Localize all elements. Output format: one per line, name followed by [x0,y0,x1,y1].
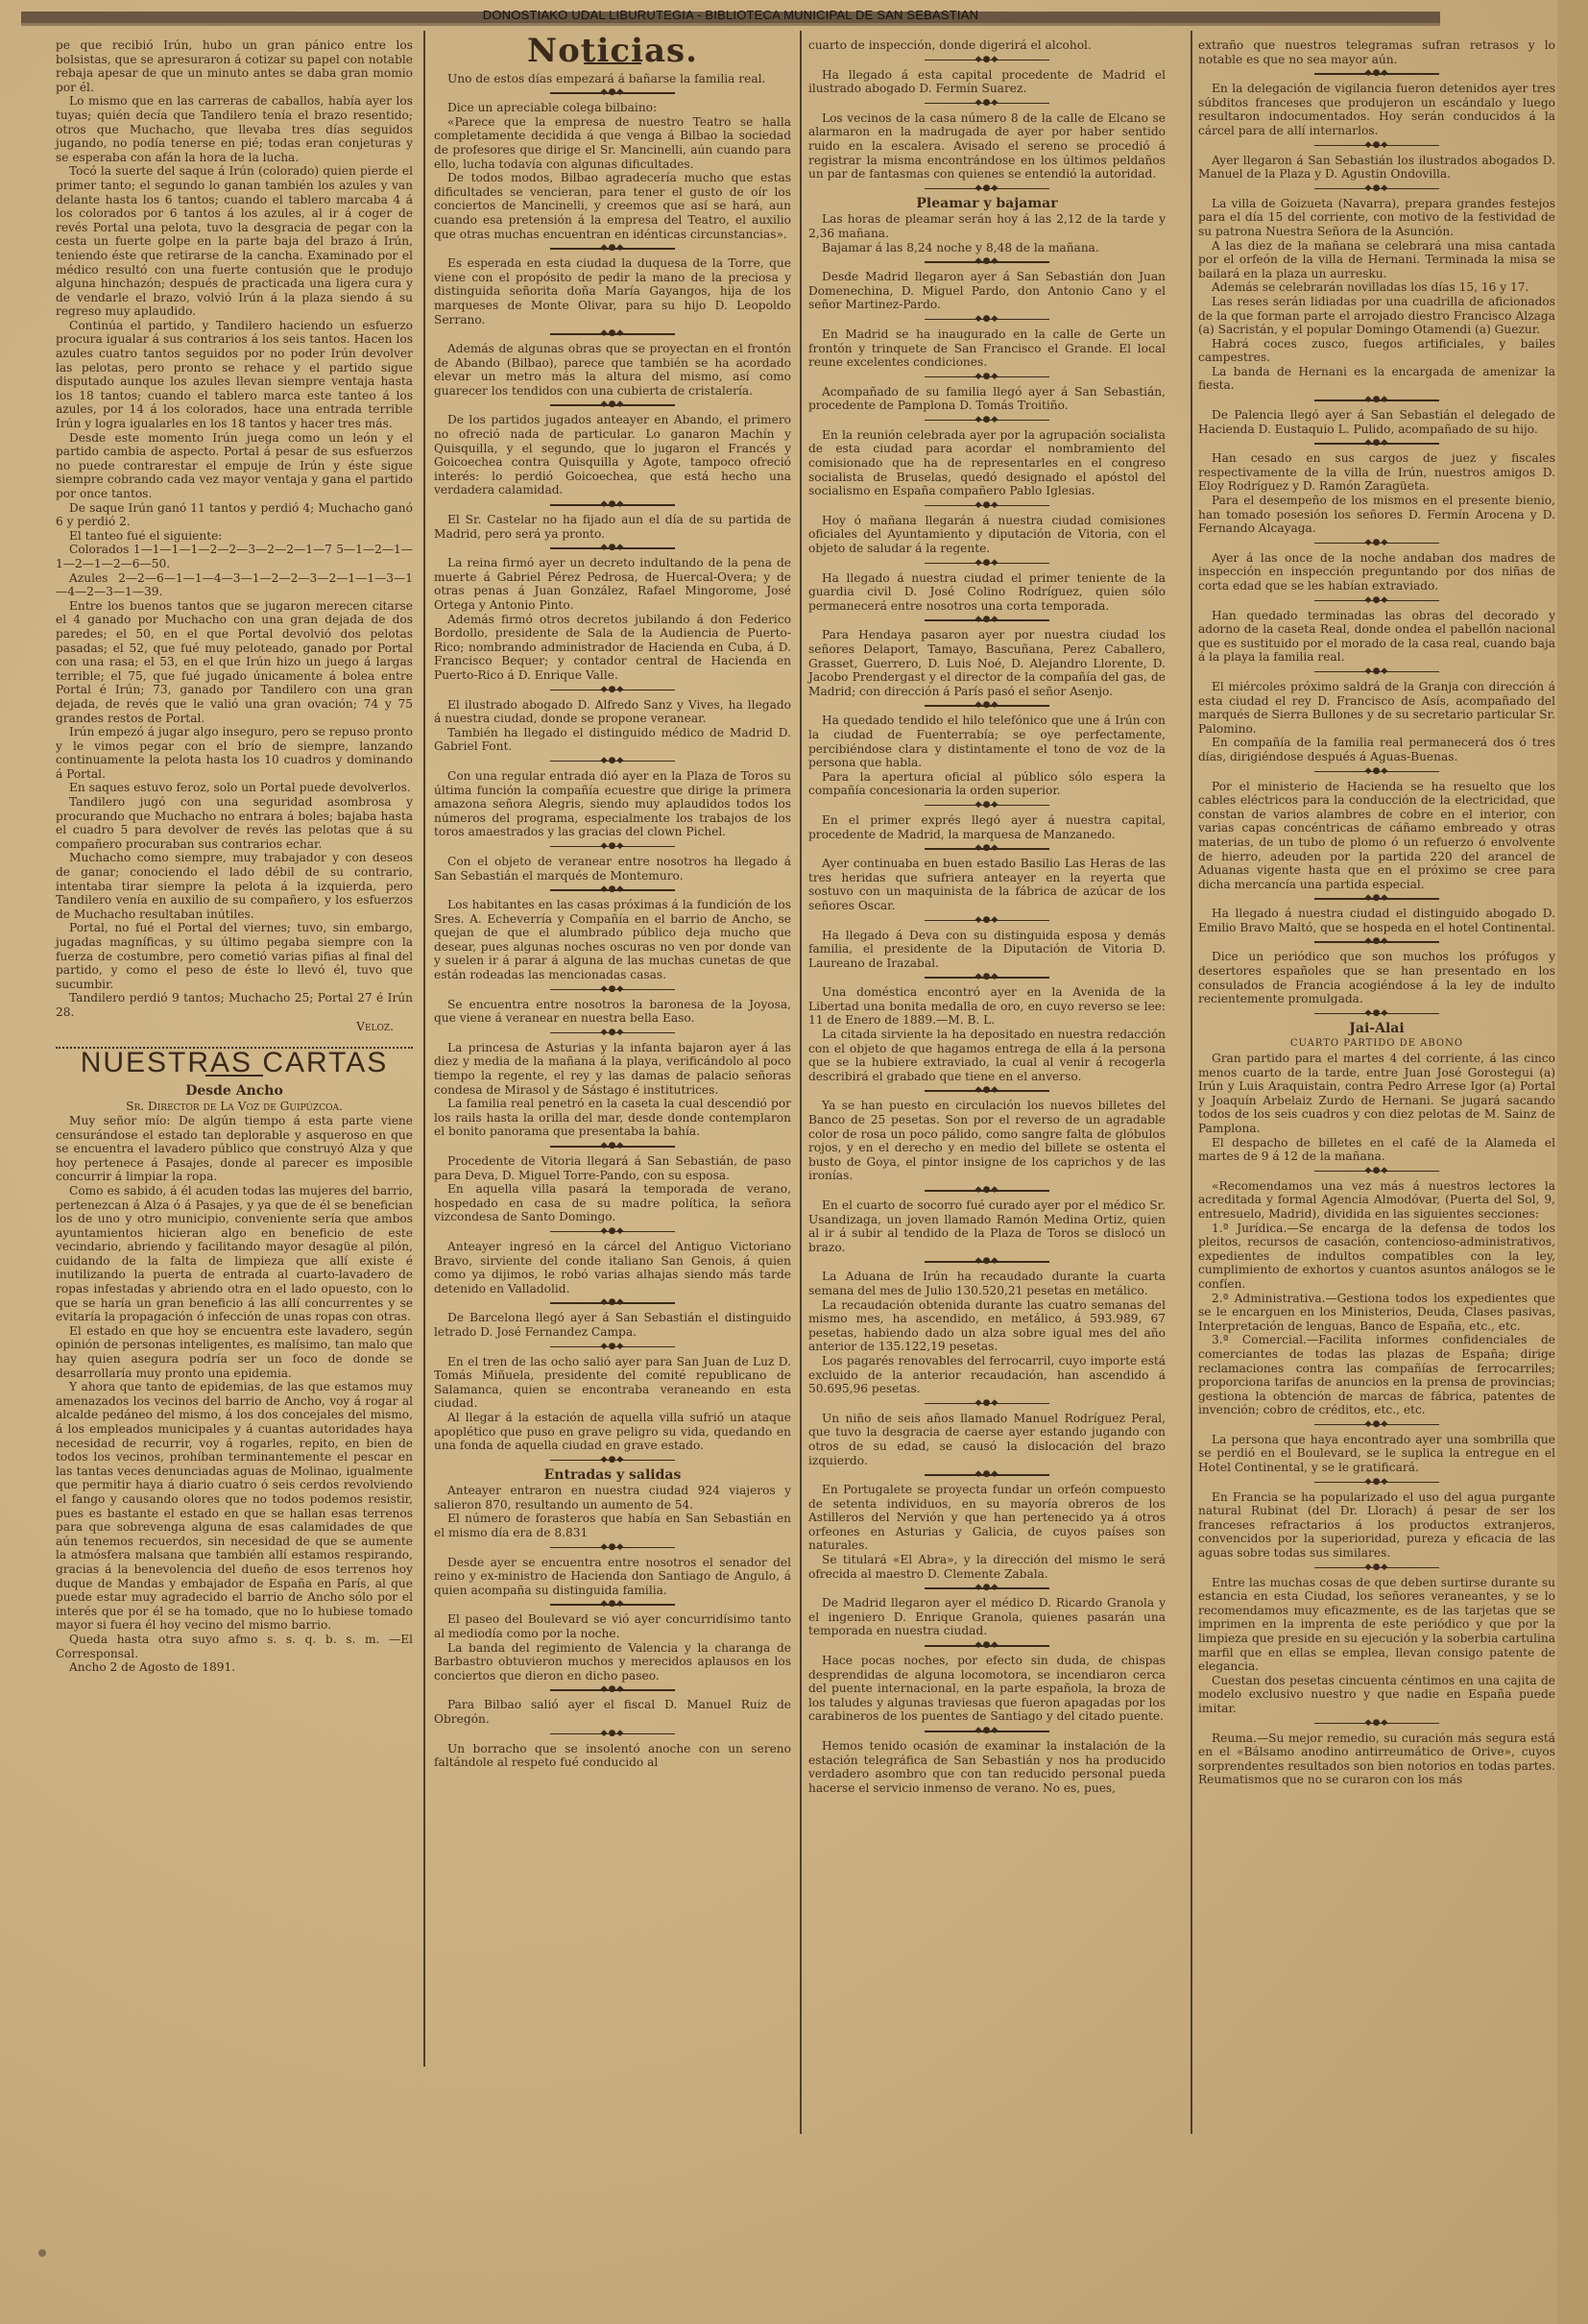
ornament-divider [550,1142,675,1151]
news-item: En el primer exprés llegó ayer á nuestra… [808,813,1166,841]
news-item: extraño que nuestros telegramas sufran r… [1198,38,1555,66]
news-item: Habrá coces zusco, fuegos artificiales, … [1198,337,1555,365]
news-item: Se encuentra entre nosotros la baronesa … [434,998,791,1026]
ornament-divider [550,686,675,695]
ornament-divider [1314,767,1439,777]
advert-paragraph: «Recomendamos una vez más á nuestros lec… [1198,1179,1555,1222]
column-rule [800,31,802,2134]
news-item: Desde Madrid llegaron ayer á San Sebasti… [808,270,1166,312]
ornament-divider [1314,667,1439,677]
news-item: En el cuarto de socorro fué curado ayer … [808,1198,1166,1254]
news-item: De todos modos, Bilbao agradecería mucho… [434,171,791,241]
news-item: El Sr. Castelar no ha fijado aun el día … [434,513,791,541]
ornament-divider [1314,894,1439,904]
ornament-divider [925,315,1049,325]
news-item: El ilustrado abogado D. Alfredo Sanz y V… [434,698,791,726]
ornament-divider [925,373,1049,382]
ornament-divider [925,56,1049,65]
news-item: La persona que haya encontrado ayer una … [1198,1433,1555,1475]
column-1: pe que recibió Irún, hubo un gran pánico… [56,38,413,1675]
ornament-divider [550,1685,675,1695]
section-title-pleamar: Pleamar y bajamar [808,197,1166,211]
letter-paragraph: El estado en que hoy se encuentra este l… [56,1324,413,1380]
news-item: «Parece que la empresa de nuestro Teatro… [434,115,791,171]
news-item: La banda de Hernani es la encargada de a… [1198,365,1555,393]
news-item: Un borracho que se insolentó anoche con … [434,1742,791,1770]
news-item: También ha llegado el distinguido médico… [434,726,791,754]
news-item: En la reunión celebrada ayer por la agru… [808,428,1166,498]
news-item: Anteayer ingresó en la cárcel del Antigu… [434,1240,791,1295]
news-item: Entre las muchas cosas de que deben surt… [1198,1576,1555,1674]
letter-paragraph: Y ahora que tanto de epidemias, de las q… [56,1380,413,1633]
tide-line: Bajamar á las 8,24 noche y 8,48 de la ma… [808,241,1166,255]
section-subtitle: CUARTO PARTIDO DE ABONO [1198,1037,1555,1052]
news-item: De Palencia llegó ayer á San Sebastián e… [1198,408,1555,436]
subsection-title: Desde Ancho [56,1084,413,1099]
news-item: Además de algunas obras que se proyectan… [434,342,791,398]
letter-date: Ancho 2 de Agosto de 1891. [56,1660,413,1675]
advert-paragraph: 1.ª Jurídica.—Se encarga de la defensa d… [1198,1222,1555,1292]
paper-stain [38,2249,46,2257]
paragraph: Tandilero perdió 9 tantos; Muchacho 25; … [56,991,413,1019]
news-item: Al llegar á la estación de aquella villa… [434,1411,791,1453]
news-item: cuarto de inspección, donde digerirá el … [808,38,1166,53]
ornament-divider [1314,1167,1439,1176]
ornament-divider [925,1086,1049,1096]
news-item: La villa de Goizueta (Navarra), prepara … [1198,197,1555,239]
news-item: De Barcelona llegó ayer á San Sebastián … [434,1311,791,1339]
paragraph: pe que recibió Irún, hubo un gran pánico… [56,38,413,94]
news-item: Ya se han puesto en circulación los nuev… [808,1099,1166,1183]
ornament-divider [925,1584,1049,1593]
news-item: El miércoles próximo saldrá de la Granja… [1198,680,1555,736]
signature: Veloz. [56,1020,394,1034]
news-item: La recaudación obtenida durante las cuat… [808,1298,1166,1354]
news-item: Ha llegado á Deva con su distinguida esp… [808,929,1166,971]
news-item: Procedente de Vitoria llegará á San Seba… [434,1154,791,1182]
news-item: Ha llegado á esta capital procedente de … [808,68,1166,96]
ornament-divider [925,1186,1049,1196]
ornament-divider [925,1399,1049,1409]
ornament-divider [1314,1719,1439,1729]
news-item: Para el desempeño de los mismos en el pr… [1198,494,1555,536]
ornament-divider [925,701,1049,711]
ornament-divider [550,1227,675,1237]
news-item: Dice un apreciable colega bilbaino: [434,101,791,115]
ornament-divider [925,1470,1049,1480]
ornament-divider [1314,1009,1439,1019]
news-item: La reina firmó ayer un decreto indultand… [434,556,791,612]
ornament-divider [925,801,1049,811]
news-item: Los habitantes en las casas próximas á l… [434,898,791,982]
news-item: Para la apertura oficial al público sólo… [808,770,1166,798]
news-item: Cuestan dos pesetas cincuenta céntimos e… [1198,1674,1555,1716]
news-item: De los partidos jugados anteayer en Aban… [434,413,791,497]
letter-paragraph: Como es sabido, á él acuden todas las mu… [56,1184,413,1324]
ornament-divider [925,184,1049,194]
news-item: Además firmó otros decretos jubilando á … [434,613,791,683]
paragraph: Continúa el partido, y Tandilero haciend… [56,319,413,431]
ornament-divider [1314,69,1439,79]
column-rule [423,31,425,2067]
score-line: Azules 2—2—6—1—1—4—3—1—2—2—3—2—1—1—3—1—4… [56,571,413,599]
ornament-divider [550,1298,675,1308]
paragraph: Tocó la suerte del saque á Irún (colorad… [56,164,413,319]
news-item: El paseo del Boulevard se vió ayer concu… [434,1612,791,1640]
news-item: Los pagarés renovables del ferrocarril, … [808,1354,1166,1396]
ornament-divider [550,985,675,995]
news-item: Para Bilbao salió ayer el fiscal D. Manu… [434,1698,791,1726]
news-item: En la delegación de vigilancia fueron de… [1198,82,1555,137]
news-item: Las reses serán lidiadas por una cuadril… [1198,295,1555,337]
ornament-divider [1314,539,1439,548]
news-item: En Francia se ha popularizado el uso del… [1198,1490,1555,1561]
news-item: Hemos tenido ocasión de examinar la inst… [808,1739,1166,1795]
news-item: Los vecinos de la casa número 8 de la ca… [808,111,1166,182]
ornament-divider [1314,1563,1439,1573]
tide-line: Las horas de pleamar serán hoy á las 2,1… [808,212,1166,240]
ornament-divider [925,416,1049,425]
news-item: Una doméstica encontró ayer en la Avenid… [808,985,1166,1028]
news-item: Ha llegado á nuestra ciudad el distingui… [1198,907,1555,934]
section-title: NUESTRAS CARTAS [56,1056,413,1071]
news-item: Gran partido para el martes 4 del corrie… [1198,1052,1555,1136]
news-item: Anteayer entraron en nuestra ciudad 924 … [434,1484,791,1512]
ornament-divider [925,973,1049,982]
column-2: Noticias. Uno de estos días empezará á b… [434,38,791,1770]
news-item: Además se celebrarán novilladas los días… [1198,280,1555,295]
ornament-divider [1314,937,1439,947]
paragraph: Entre los buenos tantos que se jugaron m… [56,599,413,725]
ornament-divider [925,257,1049,267]
advert-paragraph: 2.ª Administrativa.—Gestiona todos los e… [1198,1292,1555,1334]
ornament-divider [550,842,675,852]
news-item: Con una regular entrada dió ayer en la P… [434,769,791,839]
ornament-divider [1314,396,1439,405]
news-item: En aquella villa pasará la temporada de … [434,1182,791,1224]
ornament-divider [550,1543,675,1553]
ornament-divider [550,1600,675,1610]
paragraph: Desde este momento Irún juega como un le… [56,431,413,501]
paragraph: Muchacho como siempre, muy trabajador y … [56,851,413,921]
advert-paragraph: 3.ª Comercial.—Facilita informes confide… [1198,1333,1555,1417]
ornament-divider [550,1343,675,1352]
column-3: cuarto de inspección, donde digerirá el … [808,38,1166,1795]
news-item: Con el objeto de veranear entre nosotros… [434,855,791,883]
paragraph: El tanteo fué el siguiente: [56,529,413,544]
news-item: El despacho de billetes en el café de la… [1198,1136,1555,1164]
ornament-divider [925,916,1049,926]
ornament-divider [925,1641,1049,1651]
ornament-divider [925,501,1049,511]
ornament-divider [550,329,675,339]
news-item: La familia real penetró en la caseta la … [434,1097,791,1139]
news-item: En Madrid se ha inaugurado en la calle d… [808,327,1166,370]
paragraph: De saque Irún ganó 11 tantos y perdió 4;… [56,501,413,529]
ornament-divider [925,1257,1049,1267]
news-item: Ayer llegaron á San Sebastián los ilustr… [1198,154,1555,182]
news-item: A las diez de la mañana se celebrará una… [1198,239,1555,281]
ornament-divider [1314,1420,1439,1430]
ornament-divider [550,500,675,510]
ornament-divider [550,400,675,410]
column-rule [1191,31,1192,2134]
ornament-divider [550,1730,675,1739]
paragraph: En saques estuvo feroz, solo un Portal p… [56,781,413,795]
ornament-divider [550,757,675,766]
news-item: Desde ayer se encuentra entre nosotros e… [434,1556,791,1598]
ornament-divider [925,559,1049,569]
paragraph: Portal, no fué el Portal del viernes; tu… [56,921,413,991]
ornament-divider [925,616,1049,625]
paragraph: Tandilero jugó con una seguridad asombro… [56,795,413,851]
page-edge [1557,0,1588,2324]
ornament-divider [1314,439,1439,448]
ornament-divider [925,1727,1049,1736]
news-item: Han quedado terminadas las obras del dec… [1198,609,1555,665]
news-item: Ayer á las once de la noche andaban dos … [1198,551,1555,593]
library-watermark: DONOSTIAKO UDAL LIBURUTEGIA - BIBLIOTECA… [0,8,1461,22]
ornament-divider [1314,1478,1439,1488]
letter-paragraph: Muy señor mío: De algún tiempo á esta pa… [56,1114,413,1184]
ornament-divider [550,544,675,553]
news-item: Por el ministerio de Hacienda se ha resu… [1198,780,1555,892]
ornament-divider [1314,141,1439,151]
ornament-divider [1314,596,1439,606]
news-item: Ha llegado á nuestra ciudad el primer te… [808,571,1166,614]
section-title-entradas: Entradas y salidas [434,1468,791,1483]
news-item: En Portugalete se proyecta fundar un orf… [808,1483,1166,1553]
news-item: Ayer continuaba en buen estado Basilio L… [808,857,1166,912]
news-item: La princesa de Asturias y la infanta baj… [434,1041,791,1097]
news-item: Han cesado en sus cargos de juez y fisca… [1198,451,1555,494]
ornament-divider [1314,184,1439,194]
news-item: Hace pocas noches, por efecto sin duda, … [808,1654,1166,1724]
news-item: De Madrid llegaron ayer el médico D. Ric… [808,1596,1166,1638]
ornament-divider [550,88,675,98]
news-item: La citada sirviente la ha depositado en … [808,1028,1166,1083]
news-item: Para Hendaya pasaron ayer por nuestra ci… [808,628,1166,698]
header-band-line [21,23,1440,26]
paragraph: Lo mismo que en las carreras de caballos… [56,94,413,164]
news-item: En el tren de las ocho salió ayer para S… [434,1355,791,1411]
news-item: Reuma.—Su mejor remedio, su curación más… [1198,1731,1555,1787]
ornament-divider [925,99,1049,109]
news-item: Dice un periódico que son muchos los pró… [1198,950,1555,1005]
ornament-divider [550,1456,675,1465]
ornament-divider [550,885,675,895]
news-item: Es esperada en esta ciudad la duquesa de… [434,256,791,327]
section-title-jai-alai: Jai-Alai [1198,1022,1555,1036]
news-item: El número de forasteros que había en San… [434,1512,791,1539]
news-item: Un niño de seis años llamado Manuel Rodr… [808,1412,1166,1467]
news-item: La banda del regimiento de Valencia y la… [434,1641,791,1683]
news-item: En compañía de la familia real permanece… [1198,736,1555,763]
news-item: Ha quedado tendido el hilo telefónico qu… [808,714,1166,769]
news-item: Se titulará «El Abra», y la dirección de… [808,1553,1166,1581]
paragraph: Irún empezó á jugar algo inseguro, pero … [56,725,413,781]
salutation: Sr. Director de La Voz de Guipúzcoa. [56,1100,413,1114]
news-item: Hoy ó mañana llegarán á nuestra ciudad c… [808,514,1166,556]
ornament-divider [925,844,1049,854]
letter-closing: Queda hasta otra suyo afmo s. s. q. b. s… [56,1633,413,1660]
news-item: La Aduana de Irún ha recaudado durante l… [808,1270,1166,1297]
ornament-divider [550,1029,675,1038]
score-line: Colorados 1—1—1—1—2—2—3—2—2—1—7 5—1—2—1—… [56,543,413,570]
news-item: Uno de estos días empezará á bañarse la … [434,72,791,86]
ornament-divider [550,244,675,254]
news-item: Acompañado de su familia llegó ayer á Sa… [808,385,1166,413]
column-4: extraño que nuestros telegramas sufran r… [1198,38,1555,1787]
section-title-noticias: Noticias. [434,44,791,59]
